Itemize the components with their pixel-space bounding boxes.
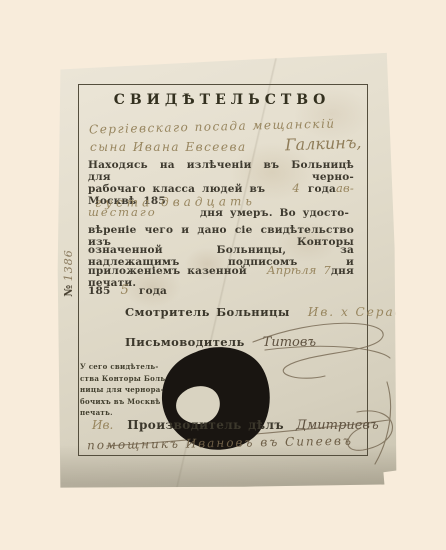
body-line-7-print-2: дня xyxy=(331,265,354,277)
clerk-signature-row: Письмоводитель Титовъ xyxy=(125,335,316,350)
case-manager-row: Ив. Производитель дѣлъ Дмитриевъ xyxy=(92,418,379,433)
seal-note-line: печать. xyxy=(80,407,180,419)
warden-label: Смотритель Больницы xyxy=(125,305,290,319)
handwritten-issue-year-digit: 5 xyxy=(121,283,129,298)
document-paper: № 1386 СВИДѢТЕЛЬСТВО Сергіевскаго посада… xyxy=(57,52,397,488)
handwritten-issue-date: Апрѣля 7 xyxy=(267,263,331,277)
body-line-4: шестаго дня умеръ. Во удосто- xyxy=(88,205,354,219)
number-sign: № xyxy=(62,285,75,297)
handwritten-name-line: сына Ивана Евсеева xyxy=(90,140,247,154)
body-line-8: 185 5 года xyxy=(88,283,354,298)
seal-note-line: ства Конторы Боль- xyxy=(80,373,180,385)
handwritten-month-start: ав- xyxy=(336,181,354,195)
body-line-2-print-2: года xyxy=(308,183,336,195)
body-line-1: Находясь на излѣченіи въ Больницѣ для че… xyxy=(88,159,354,183)
handwritten-year-digit: 4 xyxy=(292,181,300,195)
clerk-signature: Титовъ xyxy=(263,335,316,350)
case-manager-label: Производитель дѣлъ xyxy=(127,418,284,432)
body-line-8-print-2: года xyxy=(139,285,167,297)
warden-signature: Ив. х Серафимъ xyxy=(308,305,438,319)
bottom-hand-prefix: Ив. xyxy=(92,418,113,432)
document-number: № 1386 xyxy=(62,230,78,316)
clerk-label: Письмоводитель xyxy=(125,335,245,349)
body-line-8-print: 185 xyxy=(88,285,111,297)
handwritten-surname: Галкинъ, xyxy=(285,133,362,155)
seal-note: У сего свидѣтель- ства Конторы Боль- ниц… xyxy=(80,361,180,419)
document-title: СВИДѢТЕЛЬСТВО xyxy=(78,92,366,108)
seal-note-line: бочихъ въ Москвѣ xyxy=(80,396,180,408)
seal-note-line: ницы для чернора- xyxy=(80,384,180,396)
photo-background: № 1386 СВИДѢТЕЛЬСТВО Сергіевскаго посада… xyxy=(0,0,446,550)
case-manager-signature: Дмитриевъ xyxy=(296,418,379,433)
number-value: 1386 xyxy=(62,249,75,281)
handwritten-day-word: шестаго xyxy=(88,205,200,219)
warden-signature-row: Смотритель Больницы Ив. х Серафимъ xyxy=(125,305,438,319)
seal-note-line: У сего свидѣтель- xyxy=(80,361,180,373)
body-line-4-print: дня умеръ. Во удосто- xyxy=(200,207,349,219)
